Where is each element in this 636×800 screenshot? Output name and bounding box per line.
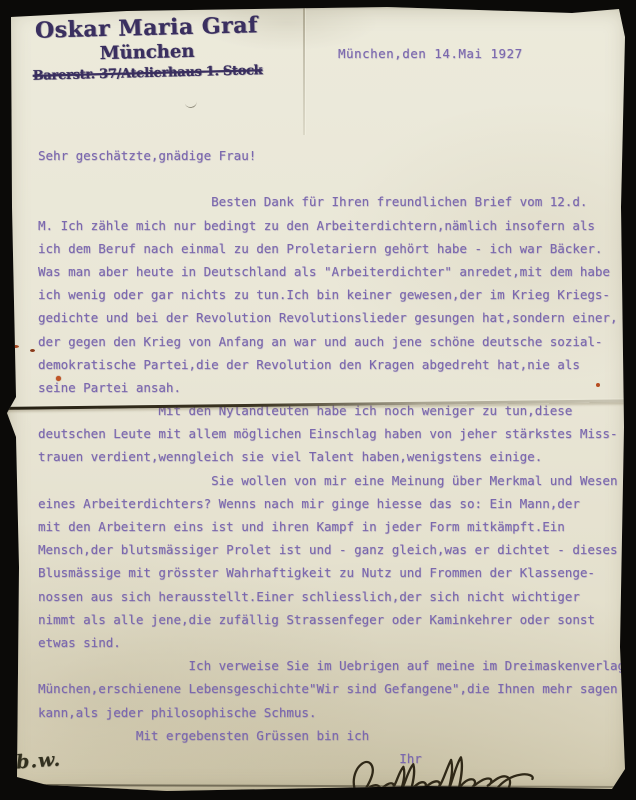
stain-speck — [56, 376, 61, 381]
stain-speck — [9, 598, 12, 634]
letter-line: nossen aus sich herausstellt.Einer schli… — [38, 585, 630, 608]
letter-line: kann,als jeder philosophische Schmus. — [38, 701, 630, 724]
letter-line: Besten Dank für Ihren freundlichen Brief… — [38, 190, 630, 213]
letter-line: eines Arbeiterdichters? Wenns nach mir g… — [38, 492, 630, 515]
scanned-letter-page: Oskar Maria Graf München Barerstr. 37/At… — [0, 0, 636, 800]
letter-line: demokratische Partei,die der Revolution … — [38, 353, 630, 376]
letter-line: nimmt als alle jene,die zufällig Strasse… — [38, 608, 630, 631]
letter-line: Was man aber heute in Deutschland als "A… — [38, 260, 630, 283]
stain-speck — [12, 345, 19, 348]
signature-stroke — [353, 752, 534, 800]
fold-crease-top — [303, 7, 305, 135]
letterhead-stamp: Oskar Maria Graf München Barerstr. 37/At… — [31, 12, 263, 86]
letter-line: Blusmässige mit grösster Wahrhaftigkeit … — [38, 561, 630, 584]
letter-line: trauen verdient,wenngleich sie viel Tale… — [38, 445, 630, 468]
letter-paper: Oskar Maria Graf München Barerstr. 37/At… — [7, 7, 629, 793]
letter-line: seine Partei ansah. — [38, 376, 630, 399]
dateline: München,den 14.Mai 1927 — [338, 46, 523, 61]
letter-line: Sehr geschätzte,gnädige Frau! — [38, 144, 630, 167]
letter-line: Ich verweise Sie im Uebrigen auf meine i… — [38, 654, 630, 677]
letter-line: ich wenig oder gar nichts zu tun.Ich bin… — [38, 283, 630, 306]
letter-line: der gegen den Krieg von Anfang an war un… — [38, 330, 630, 353]
pencil-mark — [185, 99, 198, 109]
stain-speck — [596, 383, 600, 387]
letter-line: mit den Arbeitern eins ist und ihren Kam… — [38, 515, 630, 538]
letter-line: gedichte und bei der Revolution Revoluti… — [38, 306, 630, 329]
handwritten-annotation-bw: b.w. — [15, 748, 61, 773]
letter-line: Mensch,der blutsmässiger Prolet ist und … — [38, 538, 630, 561]
letter-line: M. Ich zähle mich nur bedingt zu den Arb… — [38, 214, 630, 237]
stain-speck — [30, 349, 35, 352]
letter-body: Sehr geschätzte,gnädige Frau! Besten Dan… — [38, 144, 630, 770]
letter-line: Sie wollen von mir eine Meinung über Mer… — [38, 469, 630, 492]
letter-line — [38, 167, 630, 190]
letter-line: etwas sind. — [38, 631, 630, 654]
letter-line: deutschen Leute mit allem möglichen Eins… — [38, 422, 630, 445]
letter-line: ich dem Beruf nach einmal zu den Proleta… — [38, 237, 630, 260]
letter-line: München,erschienene Lebensgeschichte"Wir… — [38, 677, 630, 700]
